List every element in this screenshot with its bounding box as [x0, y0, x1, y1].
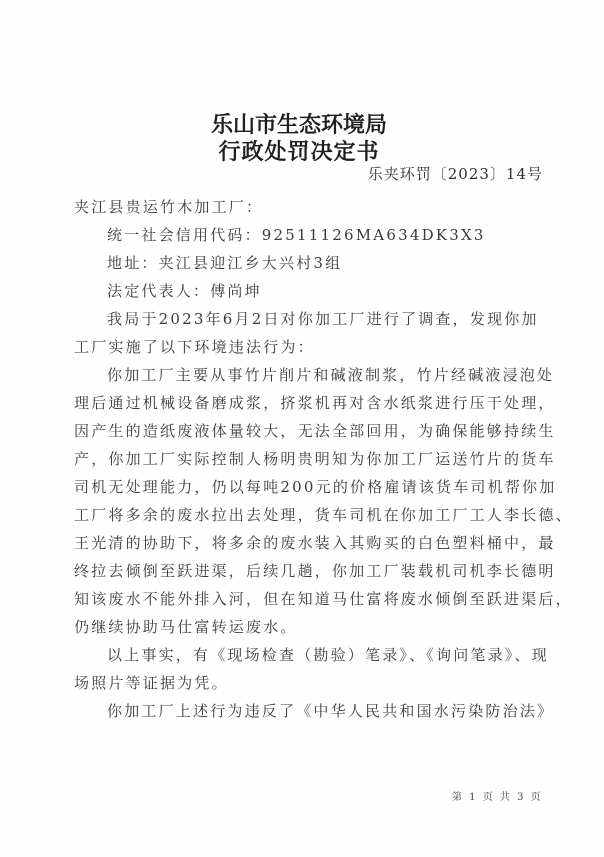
- document-title: 行政处罚决定书: [0, 135, 601, 166]
- credit-code: 统一社会信用代码：92511126MA634DK3X3: [107, 225, 486, 245]
- document-page: 乐山市生态环境局 行政处罚决定书 乐夹环罚〔2023〕14号 夹江县贵运竹木加工…: [0, 0, 604, 857]
- body-line: 我局于2023年6月2日对你加工厂进行了调查，发现你加: [107, 309, 539, 329]
- body-line: 因产生的造纸废液体量较大，无法全部回用，为确保能够持续生: [74, 421, 556, 441]
- body-line: 工厂实施了以下环境违法行为：: [74, 337, 315, 357]
- body-line: 工厂将多余的废水拉出去处理，货车司机在你加工厂工人李长德、: [74, 505, 573, 525]
- body-line: 理后通过机械设备磨成浆，挤浆机再对含水纸浆进行压干处理，: [74, 393, 556, 413]
- body-line: 场照片等证据为凭。: [74, 673, 229, 693]
- address: 地址：夹江县迎江乡大兴村3组: [107, 253, 342, 273]
- body-line: 你加工厂主要从事竹片削片和碱液制浆，竹片经碱液浸泡处: [107, 365, 554, 385]
- document-number: 乐夹环罚〔2023〕14号: [368, 163, 543, 184]
- page-indicator: 第 1 页 共 3 页: [452, 788, 543, 803]
- legal-representative: 法定代表人：傅尚坤: [107, 281, 262, 301]
- body-line: 仍继续协助马仕富转运废水。: [74, 617, 298, 637]
- body-line: 产，你加工厂实际控制人杨明贵明知为你加工厂运送竹片的货车: [74, 449, 556, 469]
- body-line: 司机无处理能力，仍以每吨200元的价格雇请该货车司机帮你加: [74, 477, 556, 497]
- body-line: 终拉去倾倒至跃进渠，后续几趟，你加工厂装载机司机李长德明: [74, 561, 556, 581]
- body-line: 你加工厂上述行为违反了《中华人民共和国水污染防治法》: [107, 701, 554, 721]
- body-line: 王光清的协助下，将多余的废水装入其购买的白色塑料桶中，最: [74, 533, 556, 553]
- body-line: 知该废水不能外排入河，但在知道马仕富将废水倾倒至跃进渠后，: [74, 589, 573, 609]
- body-line: 以上事实，有《现场检查（勘验）笔录》、《询问笔录》、现: [107, 645, 549, 665]
- recipient-name: 夹江县贵运竹木加工厂：: [74, 197, 263, 217]
